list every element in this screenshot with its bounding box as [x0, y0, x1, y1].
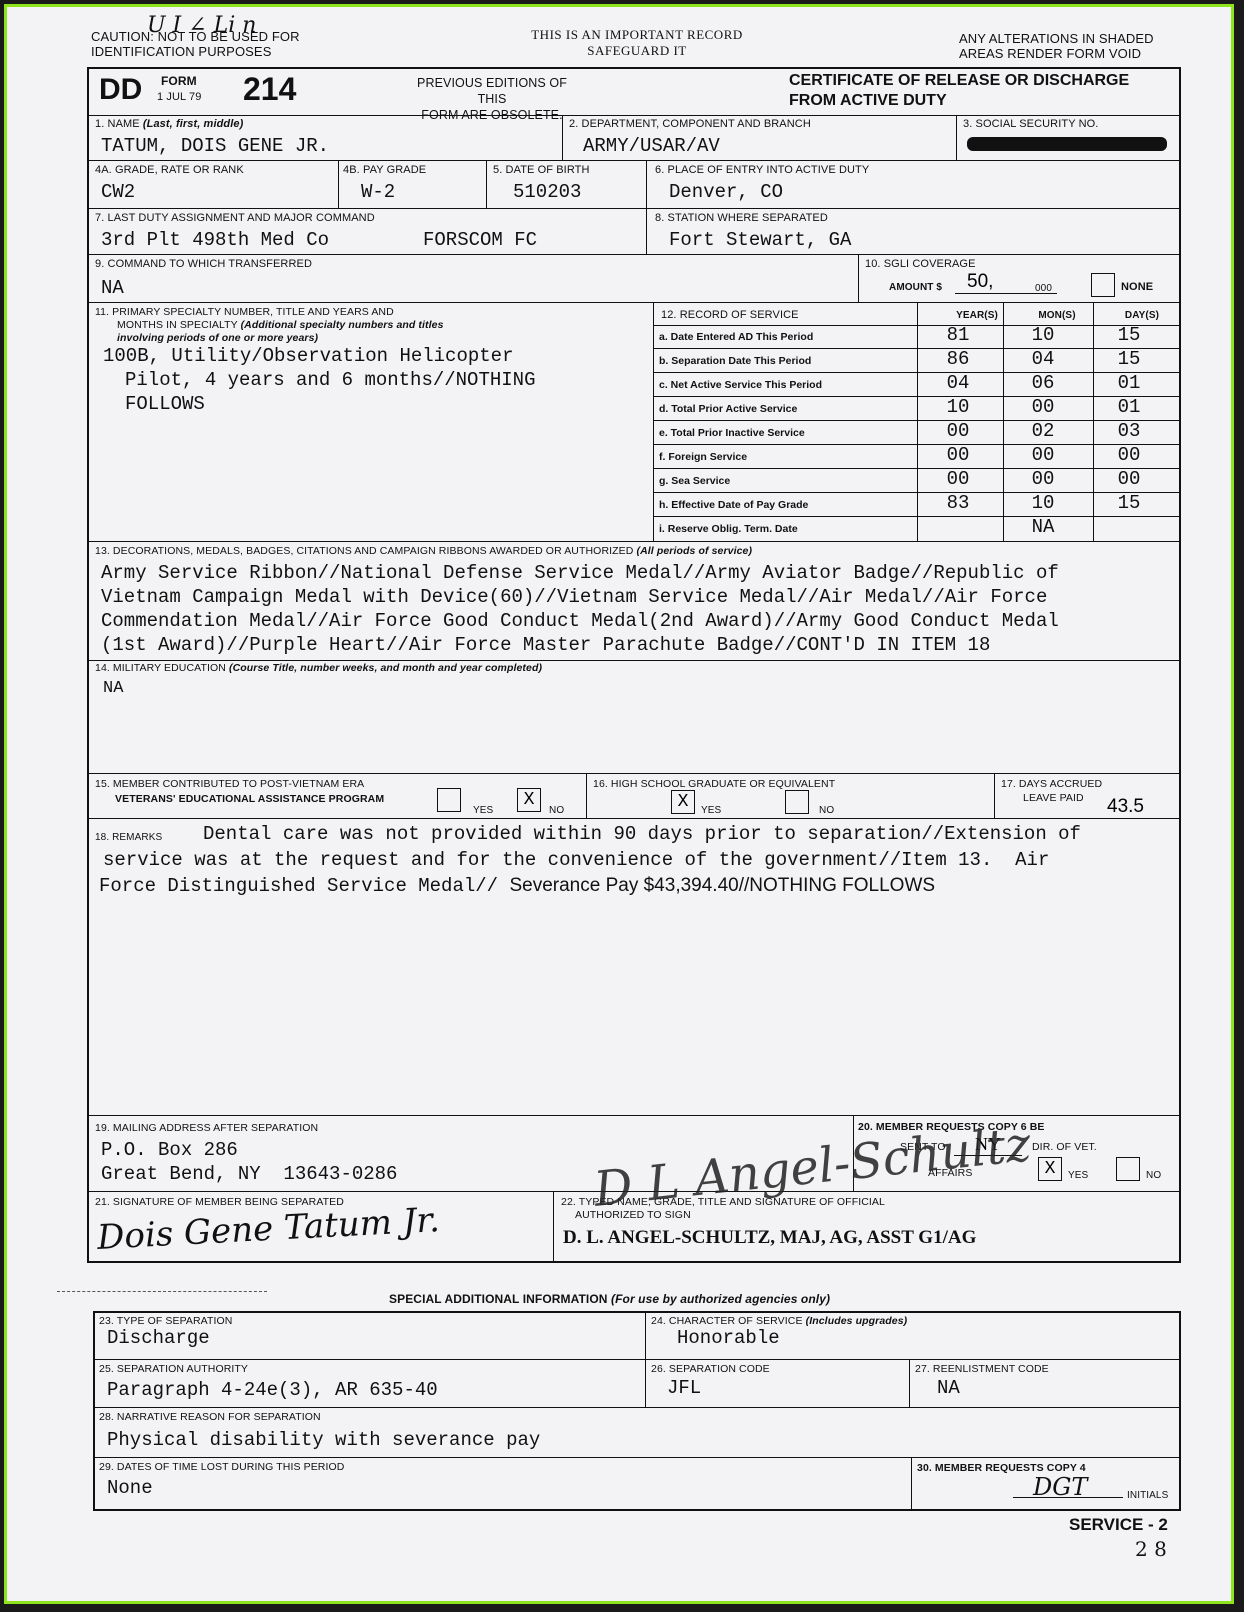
form-title: CERTIFICATE OF RELEASE OR DISCHARGE FROM… — [789, 71, 1129, 111]
record-day: 00 — [1099, 445, 1159, 465]
field-24-value: Honorable — [677, 1327, 780, 1349]
record-mon: 00 — [1013, 445, 1073, 465]
record-row-d: d. Total Prior Active Service100001 — [653, 397, 1181, 421]
special-info-title: SPECIAL ADDITIONAL INFORMATION — [389, 1292, 608, 1306]
record-row-e: e. Total Prior Inactive Service000203 — [653, 421, 1181, 445]
alterations-notice: ANY ALTERATIONS IN SHADED AREAS RENDER F… — [959, 31, 1154, 61]
ssn-redaction-bar — [967, 137, 1167, 151]
field-29-label: 29. DATES OF TIME LOST DURING THIS PERIO… — [99, 1461, 344, 1474]
field-4b-label: 4b. PAY GRADE — [343, 164, 426, 177]
alterations-line-2: AREAS RENDER FORM VOID — [959, 46, 1154, 61]
field-26-value: JFL — [667, 1377, 701, 1399]
field-4b-value: W-2 — [361, 181, 395, 203]
important-line-1: THIS IS AN IMPORTANT RECORD — [487, 27, 787, 43]
field-11-label-line-2: MONTHS IN SPECIALTY (Additional specialt… — [117, 319, 444, 332]
copy6-yes-label: YES — [1068, 1169, 1088, 1182]
field-6-value: Denver, CO — [669, 181, 783, 203]
field-24-label-text: 24. CHARACTER OF SERVICE — [651, 1315, 803, 1327]
hs-yes-label: YES — [701, 804, 721, 817]
field-6-label: 6. PLACE OF ENTRY INTO ACTIVE DUTY — [655, 164, 869, 177]
special-info-header: SPECIAL ADDITIONAL INFORMATION (For use … — [389, 1293, 830, 1306]
record-day: 15 — [1099, 493, 1159, 513]
important-record-notice: THIS IS AN IMPORTANT RECORD SAFEGUARD IT — [487, 27, 787, 59]
field-14-label-text: 14. MILITARY EDUCATION — [95, 662, 226, 674]
record-row-b: b. Separation Date This Period860415 — [653, 349, 1181, 373]
form-dd: DD — [99, 73, 142, 107]
field-7-label: 7. LAST DUTY ASSIGNMENT AND MAJOR COMMAN… — [95, 212, 375, 225]
record-row-c: c. Net Active Service This Period040601 — [653, 373, 1181, 397]
record-row-label: b. Separation Date This Period — [659, 355, 811, 367]
record-row-label: f. Foreign Service — [659, 451, 747, 463]
record-year: 04 — [928, 373, 988, 393]
field-18-line-2: service was at the request and for the c… — [103, 849, 1049, 871]
record-mon: 00 — [1013, 397, 1073, 417]
field-1-label-italic: (Last, first, middle) — [143, 118, 244, 130]
record-row-label: d. Total Prior Active Service — [659, 403, 797, 415]
record-row-label: g. Sea Service — [659, 475, 730, 487]
field-4a-grade: 4a. GRADE, RATE OR RANK CW2 — [87, 161, 339, 209]
field-4a-value: CW2 — [101, 181, 135, 203]
field-13-line-3: Commendation Medal//Air Force Good Condu… — [101, 610, 1059, 632]
field-9-command-transferred: 9. COMMAND TO WHICH TRANSFERRED NA — [87, 255, 859, 303]
field-13-label: 13. DECORATIONS, MEDALS, BADGES, CITATIO… — [95, 545, 752, 558]
caution-line-2: IDENTIFICATION PURPOSES — [91, 44, 300, 59]
field-18-line-3-text: Force Distinguished Service Medal// — [99, 875, 498, 897]
record-row-h: h. Effective Date of Pay Grade831015 — [653, 493, 1181, 517]
field-1-label: 1. NAME (Last, first, middle) — [95, 118, 243, 131]
field-4b-pay-grade: 4b. PAY GRADE W-2 — [339, 161, 487, 209]
field-2-department: 2. DEPARTMENT, COMPONENT AND BRANCH ARMY… — [563, 115, 957, 161]
record-year: 10 — [928, 397, 988, 417]
hs-no-checkbox[interactable] — [785, 790, 809, 814]
field-8-label: 8. STATION WHERE SEPARATED — [655, 212, 828, 225]
record-row-i: i. Reserve Oblig. Term. DateNA — [653, 517, 1181, 541]
form-word: FORM — [161, 75, 197, 88]
field-2-value: ARMY/USAR/AV — [583, 135, 720, 157]
copy6-no-label: NO — [1146, 1169, 1161, 1182]
field-1-value: TATUM, DOIS GENE JR. — [101, 135, 329, 157]
field-27-value: NA — [937, 1377, 960, 1399]
record-year: 00 — [928, 445, 988, 465]
title-line-2: FROM ACTIVE DUTY — [789, 91, 1129, 111]
record-year: 00 — [928, 421, 988, 441]
field-30-copy-4: 30. MEMBER REQUESTS COPY 4 DGT INITIALS — [911, 1457, 1181, 1511]
field-11-value-line-1: 100B, Utility/Observation Helicopter — [103, 345, 513, 367]
field-9-value: NA — [101, 277, 124, 299]
field-10-sgli-coverage: 10. SGLI COVERAGE AMOUNT $ 50, 000 NONE — [859, 255, 1181, 303]
field-21-member-signature: 21. SIGNATURE OF MEMBER BEING SEPARATED … — [87, 1191, 554, 1263]
record-mon: 02 — [1013, 421, 1073, 441]
field-6-place-of-entry: 6. PLACE OF ENTRY INTO ACTIVE DUTY Denve… — [647, 161, 1181, 209]
field-23-value: Discharge — [107, 1327, 210, 1349]
hs-no-label: NO — [819, 804, 834, 817]
hs-yes-checkbox[interactable]: X — [671, 790, 695, 814]
field-20-dir-label: DIR. OF VET. — [1032, 1141, 1097, 1154]
copy-designation: SERVICE - 2 — [1069, 1515, 1168, 1535]
record-day: 03 — [1099, 421, 1159, 441]
field-16-high-school: 16. HIGH SCHOOL GRADUATE OR EQUIVALENT X… — [587, 773, 995, 819]
field-8-value: Fort Stewart, GA — [669, 229, 851, 251]
field-4a-label: 4a. GRADE, RATE OR RANK — [95, 164, 244, 177]
veap-yes-label: YES — [473, 804, 493, 817]
sgli-amount-value: 50, — [967, 271, 993, 293]
field-27-reenlistment-code: 27. REENLISTMENT CODE NA — [909, 1359, 1181, 1408]
record-mon: NA — [1013, 517, 1073, 537]
veap-no-checkbox[interactable]: X — [517, 788, 541, 812]
veap-yes-checkbox[interactable] — [437, 788, 461, 812]
field-3-ssn: 3. SOCIAL SECURITY NO. — [957, 115, 1181, 161]
record-mon: 04 — [1013, 349, 1073, 369]
field-7-last-duty: 7. LAST DUTY ASSIGNMENT AND MAJOR COMMAN… — [87, 209, 647, 255]
field-17-value: 43.5 — [1107, 796, 1144, 818]
field-25-value: Paragraph 4-24e(3), AR 635-40 — [107, 1379, 438, 1401]
field-11-label-italic-3: involving periods of one or more years) — [117, 332, 318, 344]
field-29-value: None — [107, 1477, 153, 1499]
record-mon: 06 — [1013, 373, 1073, 393]
record-year: 81 — [928, 325, 988, 345]
previous-line-1: PREVIOUS EDITIONS OF THIS — [407, 75, 577, 107]
alterations-line-1: ANY ALTERATIONS IN SHADED — [959, 31, 1154, 46]
field-27-label: 27. REENLISTMENT CODE — [915, 1363, 1049, 1376]
field-14-label-italic: (Course Title, number weeks, and month a… — [229, 662, 542, 674]
field-12-record-of-service: 12. RECORD OF SERVICE YEAR(s) MON(s) DAY… — [653, 303, 1181, 541]
record-row-f: f. Foreign Service000000 — [653, 445, 1181, 469]
sgli-amount-suffix: 000 — [1035, 282, 1052, 295]
record-row-label: c. Net Active Service This Period — [659, 379, 822, 391]
field-15-label-line-2: VETERANS' EDUCATIONAL ASSISTANCE PROGRAM — [115, 793, 384, 806]
field-11-label-italic-2: (Additional specialty numbers and titles — [241, 319, 444, 331]
field-18-line-3: Force Distinguished Service Medal// Seve… — [99, 875, 935, 897]
field-8-station-separated: 8. STATION WHERE SEPARATED Fort Stewart,… — [647, 209, 1181, 255]
record-day: 15 — [1099, 325, 1159, 345]
veap-no-label: NO — [549, 804, 564, 817]
field-13-label-text: 13. DECORATIONS, MEDALS, BADGES, CITATIO… — [95, 545, 633, 557]
field-25-label: 25. SEPARATION AUTHORITY — [99, 1363, 248, 1376]
field-14-military-education: 14. MILITARY EDUCATION (Course Title, nu… — [87, 659, 1181, 773]
field-14-value: NA — [103, 679, 123, 698]
record-year: 86 — [928, 349, 988, 369]
field-9-label: 9. COMMAND TO WHICH TRANSFERRED — [95, 258, 312, 271]
field-7-value: 3rd Plt 498th Med Co — [101, 229, 329, 251]
field-19-line-1: P.O. Box 286 — [101, 1139, 238, 1161]
field-1-label-text: 1. NAME — [95, 118, 140, 130]
record-row-label: h. Effective Date of Pay Grade — [659, 499, 808, 511]
document-page: CAUTION: NOT TO BE USED FOR IDENTIFICATI… — [4, 4, 1234, 1604]
col-day-header: DAY(s) — [1103, 309, 1181, 322]
field-15-label-line-1: 15. MEMBER CONTRIBUTED TO POST-VIETNAM E… — [95, 778, 364, 791]
field-1-name: 1. NAME (Last, first, middle) TATUM, DOI… — [87, 115, 563, 161]
field-13-line-4: (1st Award)//Purple Heart//Air Force Mas… — [101, 634, 990, 656]
field-18-line-1: Dental care was not provided within 90 d… — [203, 823, 1081, 845]
field-14-label: 14. MILITARY EDUCATION (Course Title, nu… — [95, 662, 542, 675]
field-13-line-1: Army Service Ribbon//National Defense Se… — [101, 562, 1059, 584]
field-11-label-line-3: involving periods of one or more years) — [117, 332, 318, 345]
copy6-yes-checkbox[interactable]: X — [1038, 1157, 1062, 1181]
sgli-amount-label: AMOUNT $ — [889, 281, 942, 294]
field-17-label-line-1: 17. DAYS ACCRUED — [1001, 778, 1102, 791]
field-5-dob: 5. DATE OF BIRTH 510203 — [487, 161, 647, 209]
field-17-days-accrued: 17. DAYS ACCRUED LEAVE PAID 43.5 — [995, 773, 1181, 819]
field-26-label: 26. SEPARATION CODE — [651, 1363, 770, 1376]
field-3-label: 3. SOCIAL SECURITY NO. — [963, 118, 1098, 131]
field-18-severance: Severance Pay $43,394.40//NOTHING FOLLOW… — [509, 875, 935, 896]
record-row-a: a. Date Entered AD This Period811015 — [653, 325, 1181, 349]
record-day: 01 — [1099, 373, 1159, 393]
sgli-none-label: NONE — [1121, 281, 1153, 294]
cut-line — [57, 1291, 267, 1292]
field-28-narrative-reason: 28. NARRATIVE REASON FOR SEPARATION Phys… — [93, 1407, 1181, 1458]
field-15-veap: 15. MEMBER CONTRIBUTED TO POST-VIETNAM E… — [87, 773, 587, 819]
initials-label: INITIALS — [1127, 1489, 1168, 1502]
important-line-2: SAFEGUARD IT — [487, 43, 787, 59]
field-23-type-separation: 23. TYPE OF SEPARATION Discharge — [93, 1311, 646, 1360]
field-11-value-line-3: FOLLOWS — [125, 393, 205, 415]
copy6-no-checkbox[interactable] — [1116, 1157, 1140, 1181]
sgli-none-checkbox[interactable] — [1091, 273, 1115, 297]
record-of-service-title: 12. RECORD OF SERVICE — [661, 309, 799, 322]
record-row-label: e. Total Prior Inactive Service — [659, 427, 805, 439]
form-number: 214 — [243, 71, 296, 108]
field-5-value: 510203 — [513, 181, 581, 203]
record-mon: 10 — [1013, 325, 1073, 345]
field-29-time-lost: 29. DATES OF TIME LOST DURING THIS PERIO… — [93, 1457, 912, 1511]
record-row-g: g. Sea Service000000 — [653, 469, 1181, 493]
field-22-value: D. L. ANGEL-SCHULTZ, MAJ, AG, ASST G1/AG — [563, 1227, 976, 1249]
record-year: 83 — [928, 493, 988, 513]
field-17-label-line-2: LEAVE PAID — [1023, 792, 1084, 805]
record-row-label: i. Reserve Oblig. Term. Date — [659, 523, 798, 535]
col-mon-header: MON(s) — [1011, 309, 1103, 322]
title-line-1: CERTIFICATE OF RELEASE OR DISCHARGE — [789, 71, 1129, 91]
initials-signature: DGT — [1033, 1473, 1087, 1501]
record-day: 01 — [1099, 397, 1159, 417]
handwritten-top-note: U I ∠ Li n — [147, 13, 256, 38]
field-5-label: 5. DATE OF BIRTH — [493, 164, 590, 177]
field-18-label: 18. REMARKS — [95, 831, 162, 844]
field-11-label-line-1: 11. PRIMARY SPECIALTY NUMBER, TITLE AND … — [95, 306, 394, 319]
field-24-character-service: 24. CHARACTER OF SERVICE (Includes upgra… — [645, 1311, 1181, 1360]
field-18-remarks: 18. REMARKS Dental care was not provided… — [87, 819, 1181, 1115]
field-7-major-command: FORSCOM FC — [423, 229, 537, 251]
field-28-label: 28. NARRATIVE REASON FOR SEPARATION — [99, 1411, 321, 1424]
field-11-label-line-2-text: MONTHS IN SPECIALTY — [117, 319, 238, 331]
handwritten-page-number: 2 8 — [1135, 1537, 1167, 1561]
field-13-decorations: 13. DECORATIONS, MEDALS, BADGES, CITATIO… — [87, 541, 1181, 661]
field-19-label: 19. MAILING ADDRESS AFTER SEPARATION — [95, 1122, 318, 1135]
col-year-header: YEAR(s) — [943, 309, 1011, 322]
field-11-primary-specialty: 11. PRIMARY SPECIALTY NUMBER, TITLE AND … — [87, 303, 654, 541]
field-11-value-line-2: Pilot, 4 years and 6 months//NOTHING — [125, 369, 535, 391]
special-info-italic: (For use by authorized agencies only) — [611, 1292, 830, 1306]
field-28-value: Physical disability with severance pay — [107, 1429, 540, 1451]
record-year: 00 — [928, 469, 988, 489]
field-13-label-italic: (All periods of service) — [636, 545, 752, 557]
field-24-label-italic: (Includes upgrades) — [806, 1315, 908, 1327]
record-mon: 10 — [1013, 493, 1073, 513]
field-10-label: 10. SGLI COVERAGE — [865, 258, 976, 271]
field-26-separation-code: 26. SEPARATION CODE JFL — [645, 1359, 910, 1408]
field-25-separation-authority: 25. SEPARATION AUTHORITY Paragraph 4-24e… — [93, 1359, 646, 1408]
form-date: 1 JUL 79 — [157, 91, 201, 104]
field-2-label: 2. DEPARTMENT, COMPONENT AND BRANCH — [569, 118, 811, 131]
record-row-label: a. Date Entered AD This Period — [659, 331, 813, 343]
form-title-row: DD FORM 1 JUL 79 214 PREVIOUS EDITIONS O… — [87, 67, 1181, 116]
field-19-line-2: Great Bend, NY 13643-0286 — [101, 1163, 397, 1185]
record-mon: 00 — [1013, 469, 1073, 489]
field-22-official: 22. TYPED NAME, GRADE, TITLE AND SIGNATU… — [553, 1191, 1181, 1263]
record-day: 00 — [1099, 469, 1159, 489]
field-13-line-2: Vietnam Campaign Medal with Device(60)//… — [101, 586, 1047, 608]
record-day: 15 — [1099, 349, 1159, 369]
